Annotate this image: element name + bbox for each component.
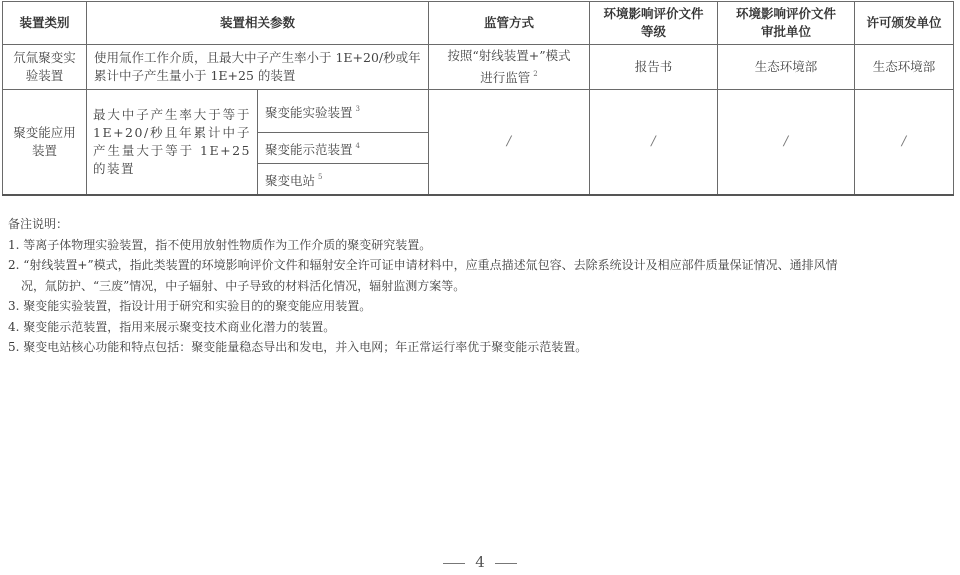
table-row: 氘氚聚变实 验装置 使用氚作工作介质，且最大中子产生率小于 1E+20/秒或年累…: [3, 45, 954, 90]
note-item-5: 5. 聚变电站核心功能和特点包括：聚变能量稳态导出和发电，并入电网；年正常运行率…: [8, 337, 953, 358]
table-header-row: 装置类别 装置相关参数 监管方式 环境影响评价文件 等级 环境影响评价文件 审批…: [3, 2, 954, 45]
row1-supervision: 按照“射线装置+”模式 进行监管2: [429, 45, 590, 90]
subtype-fusion-demonstration: 聚变能示范装置4: [258, 133, 429, 164]
note-item-1: 1. 等离子体物理实验装置，指不使用放射性物质作为工作介质的聚变研究装置。: [8, 235, 953, 256]
row2-category-line1: 聚变能应用: [3, 124, 86, 142]
footer-dash-left: [443, 563, 465, 564]
row2-category-line2: 装置: [3, 142, 86, 160]
row1-license-issuer: 生态环境部: [855, 45, 954, 90]
row1-supervision-line1: 按照“射线装置+”模式: [429, 47, 589, 65]
header-supervision: 监管方式: [429, 2, 590, 45]
subtype-fusion-experimental: 聚变能实验装置3: [258, 90, 429, 133]
row2-license-issuer: /: [855, 90, 954, 196]
header-params: 装置相关参数: [87, 2, 429, 45]
subtype-label: 聚变能示范装置: [265, 142, 353, 157]
row2-supervision: /: [429, 90, 590, 196]
row1-category-line2: 验装置: [3, 67, 86, 85]
row1-params: 使用氚作工作介质，且最大中子产生率小于 1E+20/秒或年累计中子产生量小于 1…: [87, 45, 429, 90]
footer-dash-right: [495, 563, 517, 564]
header-eia-approval-line2: 审批单位: [718, 23, 854, 41]
subtype-label: 聚变电站: [265, 173, 315, 188]
header-eia-level-line2: 等级: [590, 23, 717, 41]
header-eia-approval: 环境影响评价文件 审批单位: [718, 2, 855, 45]
footnote-ref: 5: [318, 173, 322, 181]
page-number: 4: [475, 553, 485, 571]
footnote-ref: 4: [356, 142, 360, 150]
row2-eia-approval: /: [718, 90, 855, 196]
row1-supervision-line2: 进行监管: [480, 70, 530, 85]
header-eia-approval-line1: 环境影响评价文件: [718, 5, 854, 23]
header-eia-level: 环境影响评价文件 等级: [590, 2, 718, 45]
header-license-issuer: 许可颁发单位: [855, 2, 954, 45]
table-row: 聚变能应用 装置 最大中子产生率大于等于 1E+20/秒且年累计中子产生量大于等…: [3, 90, 954, 133]
header-category: 装置类别: [3, 2, 87, 45]
note-item-2-continued: 况，氚防护、“三废”情况，中子辐射、中子导致的材料活化情况，辐射监测方案等。: [8, 276, 953, 297]
header-eia-level-line1: 环境影响评价文件: [590, 5, 717, 23]
page-footer: 4: [0, 553, 960, 571]
row1-category-line1: 氘氚聚变实: [3, 49, 86, 67]
note-item-2: 2. “射线装置+”模式，指此类装置的环境影响评价文件和辐射安全许可证申请材料中…: [8, 255, 953, 276]
subtype-label: 聚变能实验装置: [265, 105, 353, 120]
row2-category: 聚变能应用 装置: [3, 90, 87, 196]
row1-category: 氘氚聚变实 验装置: [3, 45, 87, 90]
note-item-3: 3. 聚变能实验装置，指设计用于研究和实验目的的聚变能应用装置。: [8, 296, 953, 317]
footnote-ref: 3: [356, 105, 360, 113]
note-item-4: 4. 聚变能示范装置，指用来展示聚变技术商业化潜力的装置。: [8, 317, 953, 338]
device-classification-table: 装置类别 装置相关参数 监管方式 环境影响评价文件 等级 环境影响评价文件 审批…: [2, 1, 954, 196]
row2-params: 最大中子产生率大于等于 1E+20/秒且年累计中子产生量大于等于 1E+25 的…: [87, 90, 258, 196]
row2-eia-level: /: [590, 90, 718, 196]
subtype-fusion-power-plant: 聚变电站5: [258, 164, 429, 196]
row1-eia-level: 报告书: [590, 45, 718, 90]
notes-title: 备注说明：: [8, 214, 953, 235]
notes-section: 备注说明： 1. 等离子体物理实验装置，指不使用放射性物质作为工作介质的聚变研究…: [8, 214, 953, 358]
footnote-ref: 2: [533, 70, 537, 78]
row1-eia-approval: 生态环境部: [718, 45, 855, 90]
